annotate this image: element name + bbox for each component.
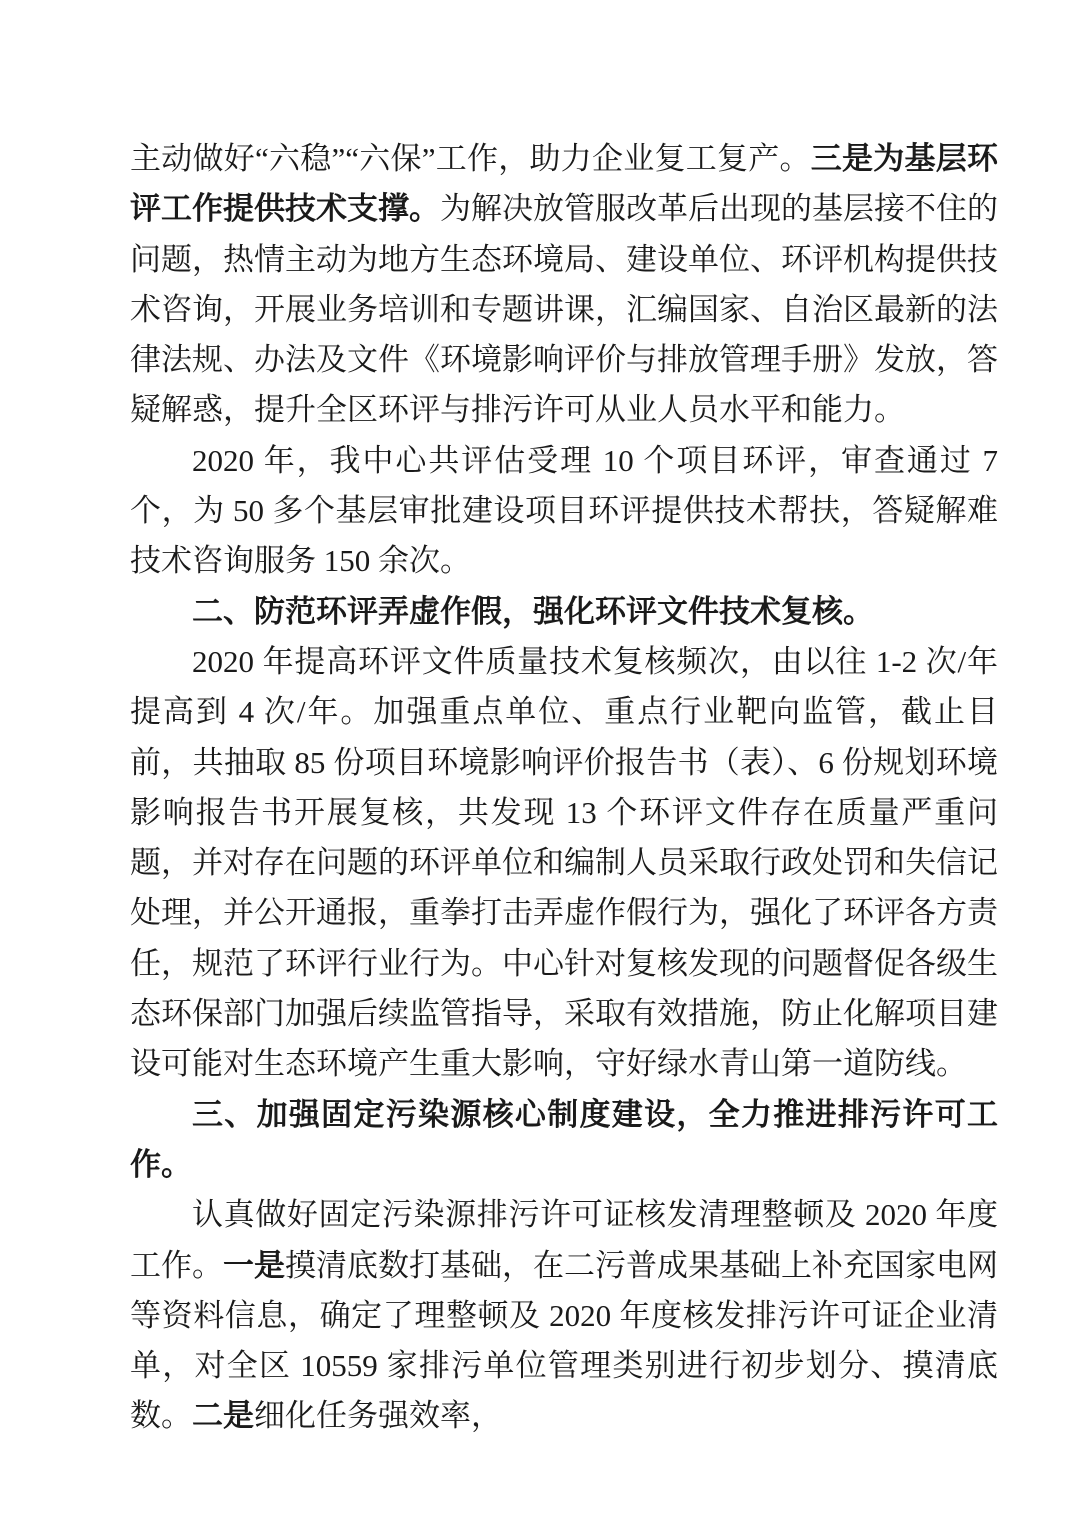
paragraph-permit-work: 认真做好固定污染源排污许可证核发清理整顿及 2020 年度工作。一是摸清底数打基… xyxy=(130,1190,998,1441)
text-run: 主动做好“六稳”“六保”工作，助力企业复工复产。 xyxy=(130,141,811,176)
heading-text-run: 二、防范环评弄虚作假，强化环评文件技术复核。 xyxy=(192,594,874,629)
section-heading-2: 二、防范环评弄虚作假，强化环评文件技术复核。 xyxy=(130,587,998,637)
bold-text-run: 一是 xyxy=(223,1248,285,1283)
paragraph-continuation: 主动做好“六稳”“六保”工作，助力企业复工复产。三是为基层环评工作提供技术支撑。… xyxy=(130,134,998,436)
text-run: 2020 年，我中心共评估受理 10 个项目环评，审查通过 7 个，为 50 多… xyxy=(130,443,998,579)
page-text-block: 主动做好“六稳”“六保”工作，助力企业复工复产。三是为基层环评工作提供技术支撑。… xyxy=(130,134,998,1442)
text-run: 为解决放管服改革后出现的基层接不住的问题，热情主动为地方生态环境局、建设单位、环… xyxy=(130,191,998,427)
paragraph-review-details: 2020 年提高环评文件质量技术复核频次，由以往 1-2 次/年提高到 4 次/… xyxy=(130,637,998,1090)
paragraph-evaluation-stats: 2020 年，我中心共评估受理 10 个项目环评，审查通过 7 个，为 50 多… xyxy=(130,436,998,587)
text-run: 2020 年提高环评文件质量技术复核频次，由以往 1-2 次/年提高到 4 次/… xyxy=(130,644,998,1081)
section-heading-3: 三、加强固定污染源核心制度建设，全力推进排污许可工作。 xyxy=(130,1090,998,1191)
document-page: 主动做好“六稳”“六保”工作，助力企业复工复产。三是为基层环评工作提供技术支撑。… xyxy=(0,0,1074,1520)
heading-text-run: 三、加强固定污染源核心制度建设，全力推进排污许可工作。 xyxy=(130,1097,998,1182)
text-run: 细化任务强效率， xyxy=(254,1398,502,1433)
bold-text-run: 二是 xyxy=(192,1398,254,1433)
